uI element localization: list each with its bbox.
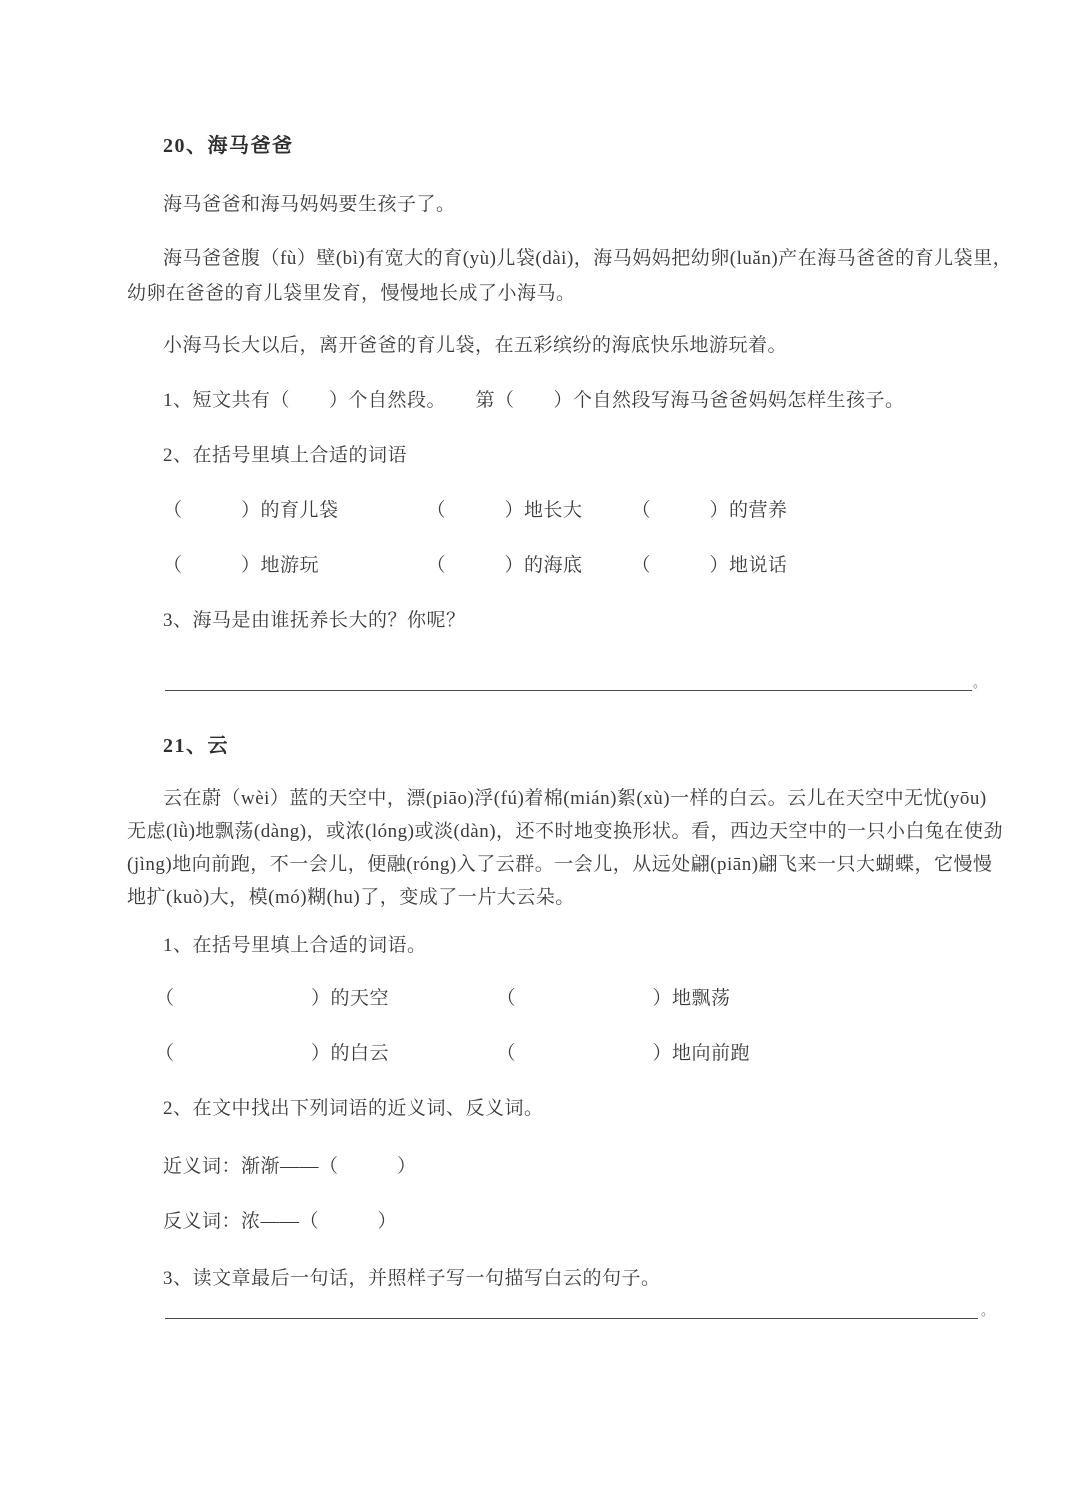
exercise-20-title: 20、海马爸爸 [163,134,294,158]
exercise-21-paragraph-line-1: 云在蔚（wèi）蓝的天空中，漂(piāo)浮(fú)着棉(mián)絮(xù)一… [163,788,987,811]
worksheet-page: 20、海马爸爸 海马爸爸和海马妈妈要生孩子了。 海马爸爸腹（fù）壁(bì)有宽… [0,0,1080,1492]
exercise-21-fill-blanks-row-1: （ ）的天空 （ ）地飘荡 [155,988,731,1011]
exercise-21-paragraph-line-3: (jìng)地向前跑，不一会儿，便融(róng)入了云群。一会儿，从远处翩(pi… [127,854,993,877]
exercise-21-fill-blanks-row-2: （ ）的白云 （ ）地向前跑 [155,1043,750,1066]
exercise-20-question-3: 3、海马是由谁抚养长大的？你呢？ [163,610,466,633]
exercise-20-paragraph-2-line-2: 幼卵在爸爸的育儿袋里发育，慢慢地长成了小海马。 [127,283,576,306]
exercise-21-question-2: 2、在文中找出下列词语的近义词、反义词。 [163,1098,544,1121]
exercise-21-question-3: 3、读文章最后一句话，并照样子写一句描写白云的句子。 [163,1268,661,1291]
exercise-21-antonym-line: 反义词：浓——（ ） [163,1211,397,1234]
exercise-20-paragraph-3: 小海马长大以后，离开爸爸的育儿袋，在五彩缤纷的海底快乐地游玩着。 [163,335,787,358]
exercise-21-question-1: 1、在括号里填上合适的词语。 [163,935,427,958]
exercise-20-question-1: 1、短文共有（ ）个自然段。 第（ ）个自然段写海马爸爸妈妈怎样生孩子。 [163,390,905,413]
exercise-21-answer-line-period: 。 [981,1300,994,1319]
exercise-20-paragraph-2-line-1: 海马爸爸腹（fù）壁(bì)有宽大的育(yù)儿袋(dài)，海马妈妈把幼卵(l… [163,248,1012,271]
exercise-21-synonym-line: 近义词：渐渐——（ ） [163,1156,417,1179]
exercise-20-paragraph-1: 海马爸爸和海马妈妈要生孩子了。 [163,194,456,217]
exercise-21-paragraph-line-4: 地扩(kuò)大，模(mó)糊(hu)了，变成了一片大云朵。 [127,887,575,910]
exercise-20-answer-line [165,690,972,691]
exercise-21-answer-line [165,1318,978,1319]
exercise-20-answer-line-period: 。 [973,672,986,691]
exercise-20-fill-blanks-row-2: （ ）地游玩 （ ）的海底 （ ）地说话 [163,555,788,578]
exercise-21-paragraph-line-2: 无虑(lǜ)地飘荡(dàng)，或浓(lóng)或淡(dàn)，还不时地变换形状… [127,821,1003,844]
exercise-21-title: 21、云 [163,734,229,758]
exercise-20-question-2: 2、在括号里填上合适的词语 [163,445,407,468]
exercise-20-fill-blanks-row-1: （ ）的育儿袋 （ ）地长大 （ ）的营养 [163,500,788,523]
